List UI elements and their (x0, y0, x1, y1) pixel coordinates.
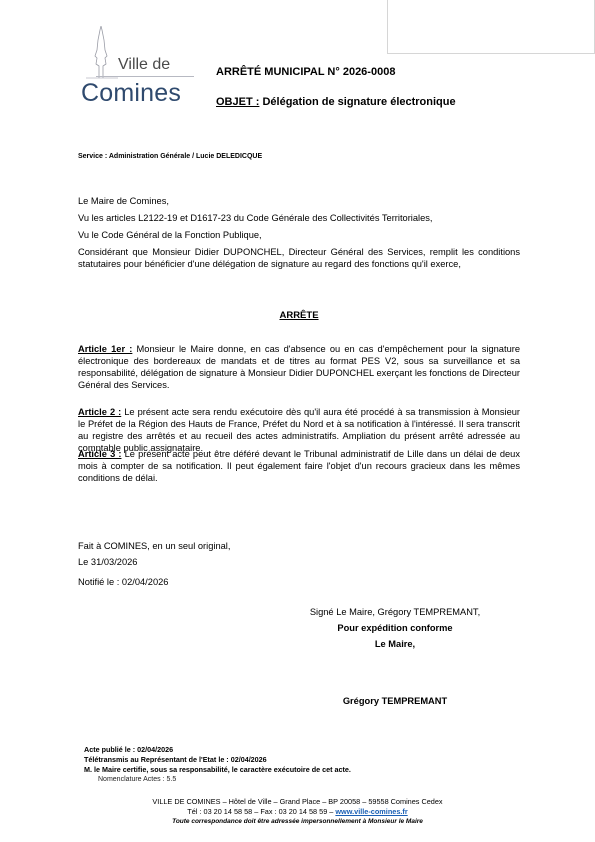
publie-le: Acte publié le : 02/04/2026 (84, 745, 351, 755)
closing-block: Fait à COMINES, en un seul original, Le … (78, 538, 230, 570)
article-3-label: Article 3 : (78, 449, 121, 459)
article-2-text: Le présent acte sera rendu exécutoire dè… (78, 407, 520, 453)
footer-address: VILLE DE COMINES – Hôtel de Ville – Gran… (60, 797, 535, 807)
nomenclature: Nomenclature Actes : 5.5 (98, 776, 176, 783)
footer-phone: Tél : 03 20 14 58 58 – Fax : 03 20 14 58… (187, 807, 335, 816)
certification: M. le Maire certifie, sous sa responsabi… (84, 765, 351, 775)
footer-contact: Tél : 03 20 14 58 58 – Fax : 03 20 14 58… (60, 807, 535, 817)
notification-date: Notifié le : 02/04/2026 (78, 577, 168, 587)
footer-note: Toute correspondance doit être adressée … (60, 817, 535, 827)
website-link[interactable]: www.ville-comines.fr (335, 807, 407, 816)
document-title: ARRÊTÉ MUNICIPAL N° 2026-0008 (216, 66, 395, 78)
article-3-text: Le présent acte peut être déféré devant … (78, 449, 520, 483)
article-1-text: Monsieur le Maire donne, en cas d'absenc… (78, 344, 520, 390)
church-steeple-icon (84, 26, 120, 80)
article-1: Article 1er : Monsieur le Maire donne, e… (78, 343, 520, 391)
article-3: Article 3 : Le présent acte peut être dé… (78, 448, 520, 484)
objet-text: Délégation de signature électronique (259, 96, 455, 108)
preamble-vu-cgfp: Vu le Code Général de la Fonction Publiq… (78, 229, 520, 241)
service-line: Service : Administration Générale / Luci… (78, 153, 262, 160)
preamble-maire: Le Maire de Comines, (78, 195, 520, 207)
logo-comines: Comines (81, 79, 181, 108)
signed-by: Signé Le Maire, Grégory TEMPREMANT, (270, 604, 520, 620)
publication-block: Acte publié le : 02/04/2026 Télétransmis… (84, 745, 351, 775)
arrete-heading: ARRÊTE (78, 310, 520, 321)
article-2: Article 2 : Le présent acte sera rendu e… (78, 406, 520, 454)
le-maire: Le Maire, (270, 636, 520, 652)
signatory-name: Grégory TEMPREMANT (270, 696, 520, 706)
pour-expedition: Pour expédition conforme (270, 620, 520, 636)
preamble-vu-cgct: Vu les articles L2122-19 et D1617-23 du … (78, 212, 520, 224)
closing-date: Le 31/03/2026 (78, 554, 230, 570)
article-1-label: Article 1er : (78, 344, 132, 354)
fait-a: Fait à COMINES, en un seul original, (78, 538, 230, 554)
teletransmis-le: Télétransmis au Représentant de l'Etat l… (84, 755, 351, 765)
preamble-considerant: Considérant que Monsieur Didier DUPONCHE… (78, 246, 520, 270)
document-subject: OBJET : Délégation de signature électron… (216, 96, 456, 108)
town-logo: Ville de Comines (78, 26, 198, 111)
stamp-box (387, 0, 595, 54)
logo-rule (96, 76, 194, 77)
logo-ville: Ville de (118, 56, 170, 74)
objet-label: OBJET : (216, 96, 259, 108)
signature-block: Signé Le Maire, Grégory TEMPREMANT, Pour… (270, 604, 520, 652)
article-2-label: Article 2 : (78, 407, 121, 417)
footer: VILLE DE COMINES – Hôtel de Ville – Gran… (60, 797, 535, 827)
